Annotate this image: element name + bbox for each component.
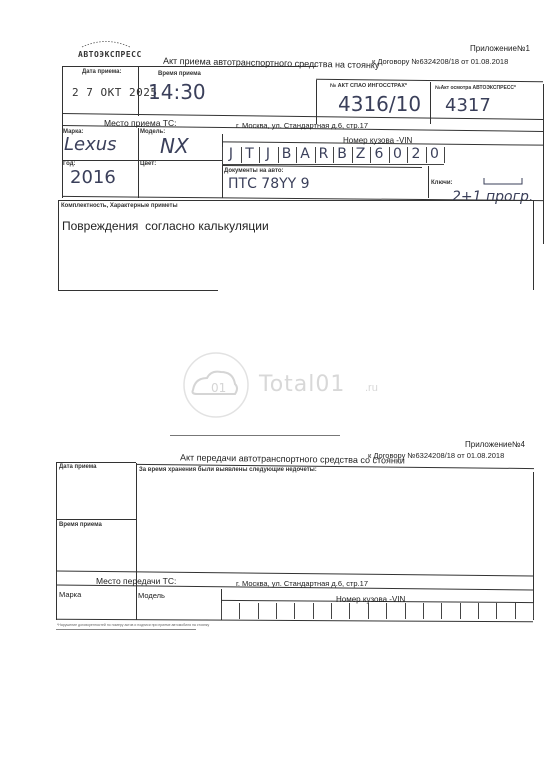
vin-cell xyxy=(221,603,222,619)
act-autoexpress-label: №Акт осмотра АВТОЭКСПРЕСС* xyxy=(435,85,516,91)
bottom-vin-boxes xyxy=(221,603,533,620)
vin-char: 2 xyxy=(407,146,425,162)
vin-char: 0 xyxy=(426,146,444,162)
vin-cell xyxy=(276,603,277,619)
vin-cell xyxy=(441,603,442,619)
place-value: г. Москва, ул. Стандартная д.6, стр.17 xyxy=(236,121,368,130)
vin-char: B xyxy=(278,146,296,162)
vin-cell xyxy=(349,603,350,619)
footnote: *Нарушение договоренностей по номеру акт… xyxy=(57,623,209,627)
vin-char: A xyxy=(296,146,314,162)
keys-value: 2+1 прогр. xyxy=(452,189,533,205)
contract-reference: к Договору №6324208/18 от 01.08.2018 xyxy=(372,57,508,66)
date-stamp: 2 7 ОКТ 2025 xyxy=(72,86,157,99)
bottom-place-label: Место передачи ТС: xyxy=(96,576,176,586)
color-label: Цвет: xyxy=(140,161,156,167)
brand-value: Lexus xyxy=(64,134,117,155)
vin-cell xyxy=(313,603,314,619)
docs-value: ПТС 78YY 9 xyxy=(228,176,310,192)
docs-label: Документы на авто: xyxy=(224,168,284,174)
bottom-brand-label: Марка xyxy=(59,590,81,599)
year-value: 2016 xyxy=(70,167,116,188)
appendix-label: Приложение№1 xyxy=(470,44,530,53)
act-insurer-label: № АКТ СПАО ИНГОССТРАХ* xyxy=(330,83,407,89)
watermark-suffix: .ru xyxy=(365,382,378,394)
watermark-logo-icon: 01 xyxy=(181,350,251,420)
bottom-model-label: Модель xyxy=(138,591,165,600)
logo-text: АВТОЭКСПРЕСС xyxy=(78,50,142,59)
vin-cell xyxy=(515,603,516,619)
vin-char: B xyxy=(333,146,351,162)
vin-label: Номер кузова -VIN xyxy=(343,136,412,145)
time-label: Время приема xyxy=(158,71,201,77)
bottom-place-value: г. Москва, ул. Стандартная д.6, стр.17 xyxy=(236,579,368,588)
place-label: Место приема ТС: xyxy=(104,118,176,128)
vin-char: R xyxy=(315,146,333,162)
vin-cell xyxy=(239,603,240,619)
time-value: 14:30 xyxy=(148,80,206,104)
vin-char: 6 xyxy=(370,146,388,162)
vin-cell xyxy=(258,603,259,619)
autoexpress-logo: АВТОЭКСПРЕСС xyxy=(78,44,142,62)
vin-cell xyxy=(423,603,424,619)
bottom-time-label: Время приема xyxy=(59,522,102,528)
vin-cell xyxy=(444,147,445,163)
act-insurer-value: 4316/10 xyxy=(338,92,421,116)
vin-char: Z xyxy=(352,146,370,162)
bottom-date-label: Дата приема xyxy=(59,464,97,470)
defects-label: За время хранения были выявлены следующи… xyxy=(139,467,317,473)
vin-cell xyxy=(460,603,461,619)
keys-bracket-icon xyxy=(482,176,526,186)
vin-cell xyxy=(294,603,295,619)
keys-label: Ключи: xyxy=(431,180,453,186)
vin-cell xyxy=(386,603,387,619)
vin-cell xyxy=(405,603,406,619)
model-value: NX xyxy=(160,134,189,158)
svg-text:01: 01 xyxy=(211,381,226,395)
form-title: Акт приема автотранспортного средства на… xyxy=(163,56,380,71)
vin-cell xyxy=(496,603,497,619)
date-label: Дата приема: xyxy=(82,69,121,75)
vin-char: J xyxy=(222,146,240,162)
vin-char: T xyxy=(241,146,259,162)
vin-cell xyxy=(368,603,369,619)
bottom-form-title: Акт передачи автотранспортного средства … xyxy=(180,452,405,465)
vin-cell xyxy=(331,603,332,619)
appendix-label-bottom: Приложение№4 xyxy=(465,440,525,449)
vin-char: J xyxy=(259,146,277,162)
vin-boxes: JTJBARBZ6020 xyxy=(222,146,462,164)
vin-char: 0 xyxy=(389,146,407,162)
completeness-value: Повреждения согласно калькуляции xyxy=(62,219,269,233)
logo-arc-icon xyxy=(78,38,134,48)
act-autoexpress-value: 4317 xyxy=(445,95,491,116)
completeness-label: Комплектность, Характерные приметы xyxy=(61,203,178,209)
watermark-text: Total01 xyxy=(259,372,345,397)
vin-cell xyxy=(478,603,479,619)
vin-cell xyxy=(533,603,534,619)
